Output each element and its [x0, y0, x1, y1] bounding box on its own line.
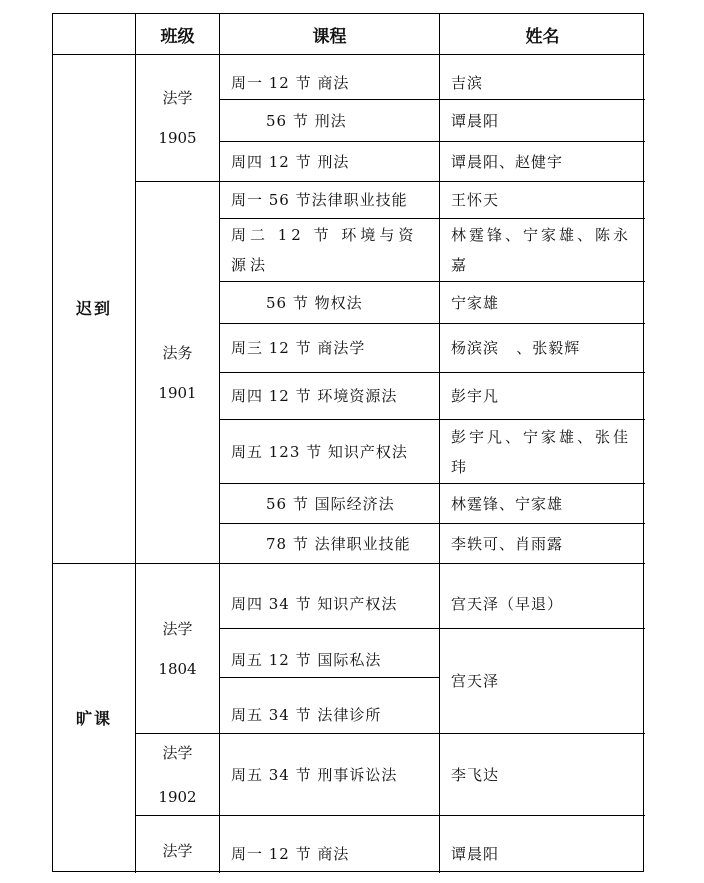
names-cell: 李飞达 [440, 734, 645, 816]
class-cell: 法学 1905 [136, 55, 220, 182]
course-cell: 周四 12 节 环境资源法 [220, 373, 440, 420]
names-cell: 吉滨 [440, 55, 645, 100]
names-cell: 谭晨阳 [440, 816, 645, 873]
course-cell: 周一 12 节 商法 [220, 55, 440, 100]
category-late: 迟到 [53, 55, 136, 564]
course-cell: 周三 12 节 商法学 [220, 324, 440, 373]
header-category [53, 14, 136, 55]
class-number: 1905 [158, 118, 196, 158]
attendance-table: 班级 课程 姓名 迟到 法学 1905 周一 12 节 商法 吉滨 56 节 刑… [52, 13, 644, 872]
course-cell: 78 节 法律职业技能 [220, 524, 440, 564]
header-course: 课程 [220, 14, 440, 55]
course-cell: 周二 12 节 环境与资源法 [220, 219, 440, 282]
course-cell: 56 节 物权法 [220, 282, 440, 324]
course-cell: 周四 12 节 刑法 [220, 142, 440, 182]
names-cell: 宫天泽 [440, 629, 645, 734]
names-cell: 李轶可、肖雨露 [440, 524, 645, 564]
names-cell: 谭晨阳、赵健宇 [440, 142, 645, 182]
course-cell: 周五 123 节 知识产权法 [220, 420, 440, 484]
class-cell: 法学 1804 [136, 564, 220, 734]
course-cell: 周五 34 节 法律诊所 [220, 678, 440, 734]
names-cell: 彭宇凡、宁家雄、张佳玮 [440, 420, 645, 484]
class-name: 法学 [162, 78, 192, 118]
class-number: 1902 [158, 775, 196, 819]
course-cell: 周五 34 节 刑事诉讼法 [220, 734, 440, 816]
class-name: 法务 [162, 333, 192, 373]
class-name: 法学 [162, 609, 192, 649]
names-cell: 宁家雄 [440, 282, 645, 324]
class-name: 法学 [162, 731, 192, 775]
course-cell: 56 节 刑法 [220, 100, 440, 142]
category-absent: 旷课 [53, 564, 136, 873]
header-names: 姓名 [440, 14, 645, 55]
names-cell: 林霆锋、宁家雄、陈永嘉 [440, 219, 645, 282]
course-cell: 56 节 国际经济法 [220, 484, 440, 524]
class-name: 法学 [162, 831, 192, 871]
class-cell: 法务 1901 [136, 182, 220, 564]
course-cell: 周五 12 节 国际私法 [220, 629, 440, 678]
header-class: 班级 [136, 14, 220, 55]
names-cell: 林霆锋、宁家雄 [440, 484, 645, 524]
class-cell: 法学 1902 [136, 734, 220, 816]
names-cell: 彭宇凡 [440, 373, 645, 420]
names-cell: 宫天泽（早退） [440, 564, 645, 629]
class-cell: 法学 [136, 816, 220, 873]
names-cell: 杨滨滨 、张毅辉 [440, 324, 645, 373]
class-number: 1901 [158, 373, 196, 413]
course-cell: 周一 12 节 商法 [220, 816, 440, 873]
course-cell: 周一 56 节法律职业技能 [220, 182, 440, 219]
names-cell: 王怀天 [440, 182, 645, 219]
course-cell: 周四 34 节 知识产权法 [220, 564, 440, 629]
class-number: 1804 [158, 649, 196, 689]
names-cell: 谭晨阳 [440, 100, 645, 142]
